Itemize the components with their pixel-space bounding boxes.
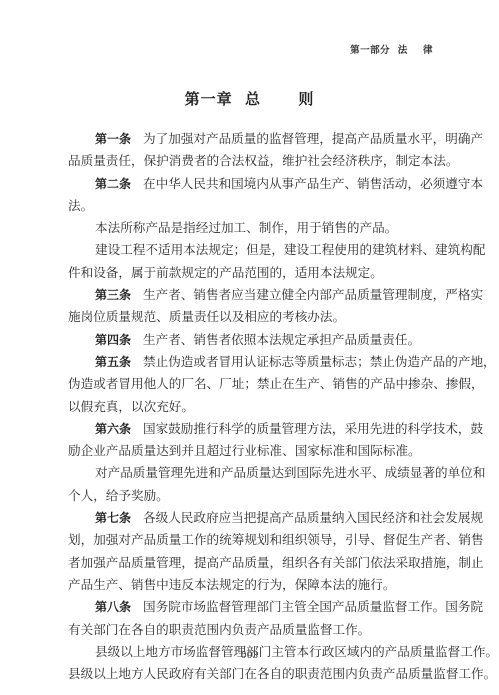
article-number: 第三条: [95, 288, 131, 302]
text-line: 第七条各级人民政府应当把提高产品质量纳入国民经济和社会发展规: [68, 507, 436, 529]
article-5: 第五条禁止伪造或者冒用认证标志等质量标志；禁止伪造产品的产地， 伪造或者冒用他人…: [68, 351, 436, 418]
text-line: 建设工程不适用本法规定；但是，建设工程使用的建筑材料、建筑构配: [68, 239, 436, 261]
text-line: 第六条国家鼓励推行科学的质量管理方法，采用先进的科学技术，鼓: [68, 418, 436, 440]
text-line: 施岗位质量规范、质量责任以及相应的考核办法。: [68, 306, 436, 328]
article-6: 第六条国家鼓励推行科学的质量管理方法，采用先进的科学技术，鼓 励企业产品质量达到…: [68, 418, 436, 463]
text-line: 以假充真，以次充好。: [68, 396, 436, 418]
text-line: 产品生产、销售中违反本法规定的行为，保障本法的施行。: [68, 574, 436, 596]
text-line: 第八条国务院市场监督管理部门主管全国产品质量监督工作。国务院: [68, 596, 436, 618]
text-line: 第二条在中华人民共和国境内从事产品生产、销售活动，必须遵守本: [68, 173, 436, 195]
paragraph: 建设工程不适用本法规定；但是，建设工程使用的建筑材料、建筑构配 件和设备，属于前…: [68, 239, 436, 284]
article-4: 第四条生产者、销售者依照本法规定承担产品质量责任。: [68, 329, 436, 351]
article-8: 第八条国务院市场监督管理部门主管全国产品质量监督工作。国务院 有关部门在各自的职…: [68, 596, 436, 641]
text-line: 第五条禁止伪造或者冒用认证标志等质量标志；禁止伪造产品的产地，: [68, 351, 436, 373]
text-line: 县级以上地方人民政府有关部门在各自的职责范围内负责产品质量监督工作。: [68, 663, 436, 685]
article-number: 第七条: [95, 511, 131, 525]
article-number: 第一条: [95, 132, 131, 146]
paragraph: 县级以上地方市场监督管理部门主管本行政区域内的产品质量监督工作。 县级以上地方人…: [68, 641, 436, 686]
article-number: 第六条: [95, 422, 131, 436]
text-line: 本法所称产品是指经过加工、制作，用于销售的产品。: [68, 217, 436, 239]
page-number: 003: [0, 651, 499, 661]
article-number: 第四条: [95, 333, 131, 347]
text-line: 有关部门在各自的职责范围内负责产品质量监督工作。: [68, 619, 436, 641]
article-7: 第七条各级人民政府应当把提高产品质量纳入国民经济和社会发展规 划，加强对产品质量…: [68, 507, 436, 596]
document-page: 第一部分 法 律 第一章 总 则 第一条为了加强对产品质量的监督管理，提高产品质…: [0, 0, 499, 695]
paragraph: 本法所称产品是指经过加工、制作，用于销售的产品。: [68, 217, 436, 239]
paragraph: 对产品质量管理先进和产品质量达到国际先进水平、成绩显著的单位和 个人，给予奖励。: [68, 462, 436, 507]
text-line: 励企业产品质量达到并且超过行业标准、国家标准和国际标准。: [68, 440, 436, 462]
article-1: 第一条为了加强对产品质量的监督管理，提高产品质量水平，明确产 品质量责任，保护消…: [68, 128, 436, 173]
text-line: 伪造或者冒用他人的厂名、厂址；禁止在生产、销售的产品中掺杂、掺假，: [68, 373, 436, 395]
text-line: 个人，给予奖励。: [68, 485, 436, 507]
text-line: 第四条生产者、销售者依照本法规定承担产品质量责任。: [68, 329, 436, 351]
chapter-title: 第一章 总 则: [0, 88, 499, 109]
running-header: 第一部分 法 律: [350, 42, 433, 56]
article-number: 第五条: [95, 355, 131, 369]
text-line: 件和设备，属于前款规定的产品范围的，适用本法规定。: [68, 262, 436, 284]
text-line: 第三条生产者、销售者应当建立健全内部产品质量管理制度，严格实: [68, 284, 436, 306]
text-line: 第一条为了加强对产品质量的监督管理，提高产品质量水平，明确产: [68, 128, 436, 150]
text-line: 划，加强对产品质量工作的统筹规划和组织领导，引导、督促生产者、销售: [68, 529, 436, 551]
article-3: 第三条生产者、销售者应当建立健全内部产品质量管理制度，严格实 施岗位质量规范、质…: [68, 284, 436, 329]
text-line: 法。: [68, 195, 436, 217]
text-line: 者加强产品质量管理，提高产品质量，组织各有关部门依法采取措施，制止: [68, 552, 436, 574]
body-text: 第一条为了加强对产品质量的监督管理，提高产品质量水平，明确产 品质量责任，保护消…: [68, 128, 436, 685]
article-2: 第二条在中华人民共和国境内从事产品生产、销售活动，必须遵守本 法。: [68, 173, 436, 218]
text-line: 品质量责任，保护消费者的合法权益，维护社会经济秩序，制定本法。: [68, 150, 436, 172]
article-number: 第二条: [95, 177, 131, 191]
text-line: 对产品质量管理先进和产品质量达到国际先进水平、成绩显著的单位和: [68, 462, 436, 484]
article-number: 第八条: [95, 600, 131, 614]
